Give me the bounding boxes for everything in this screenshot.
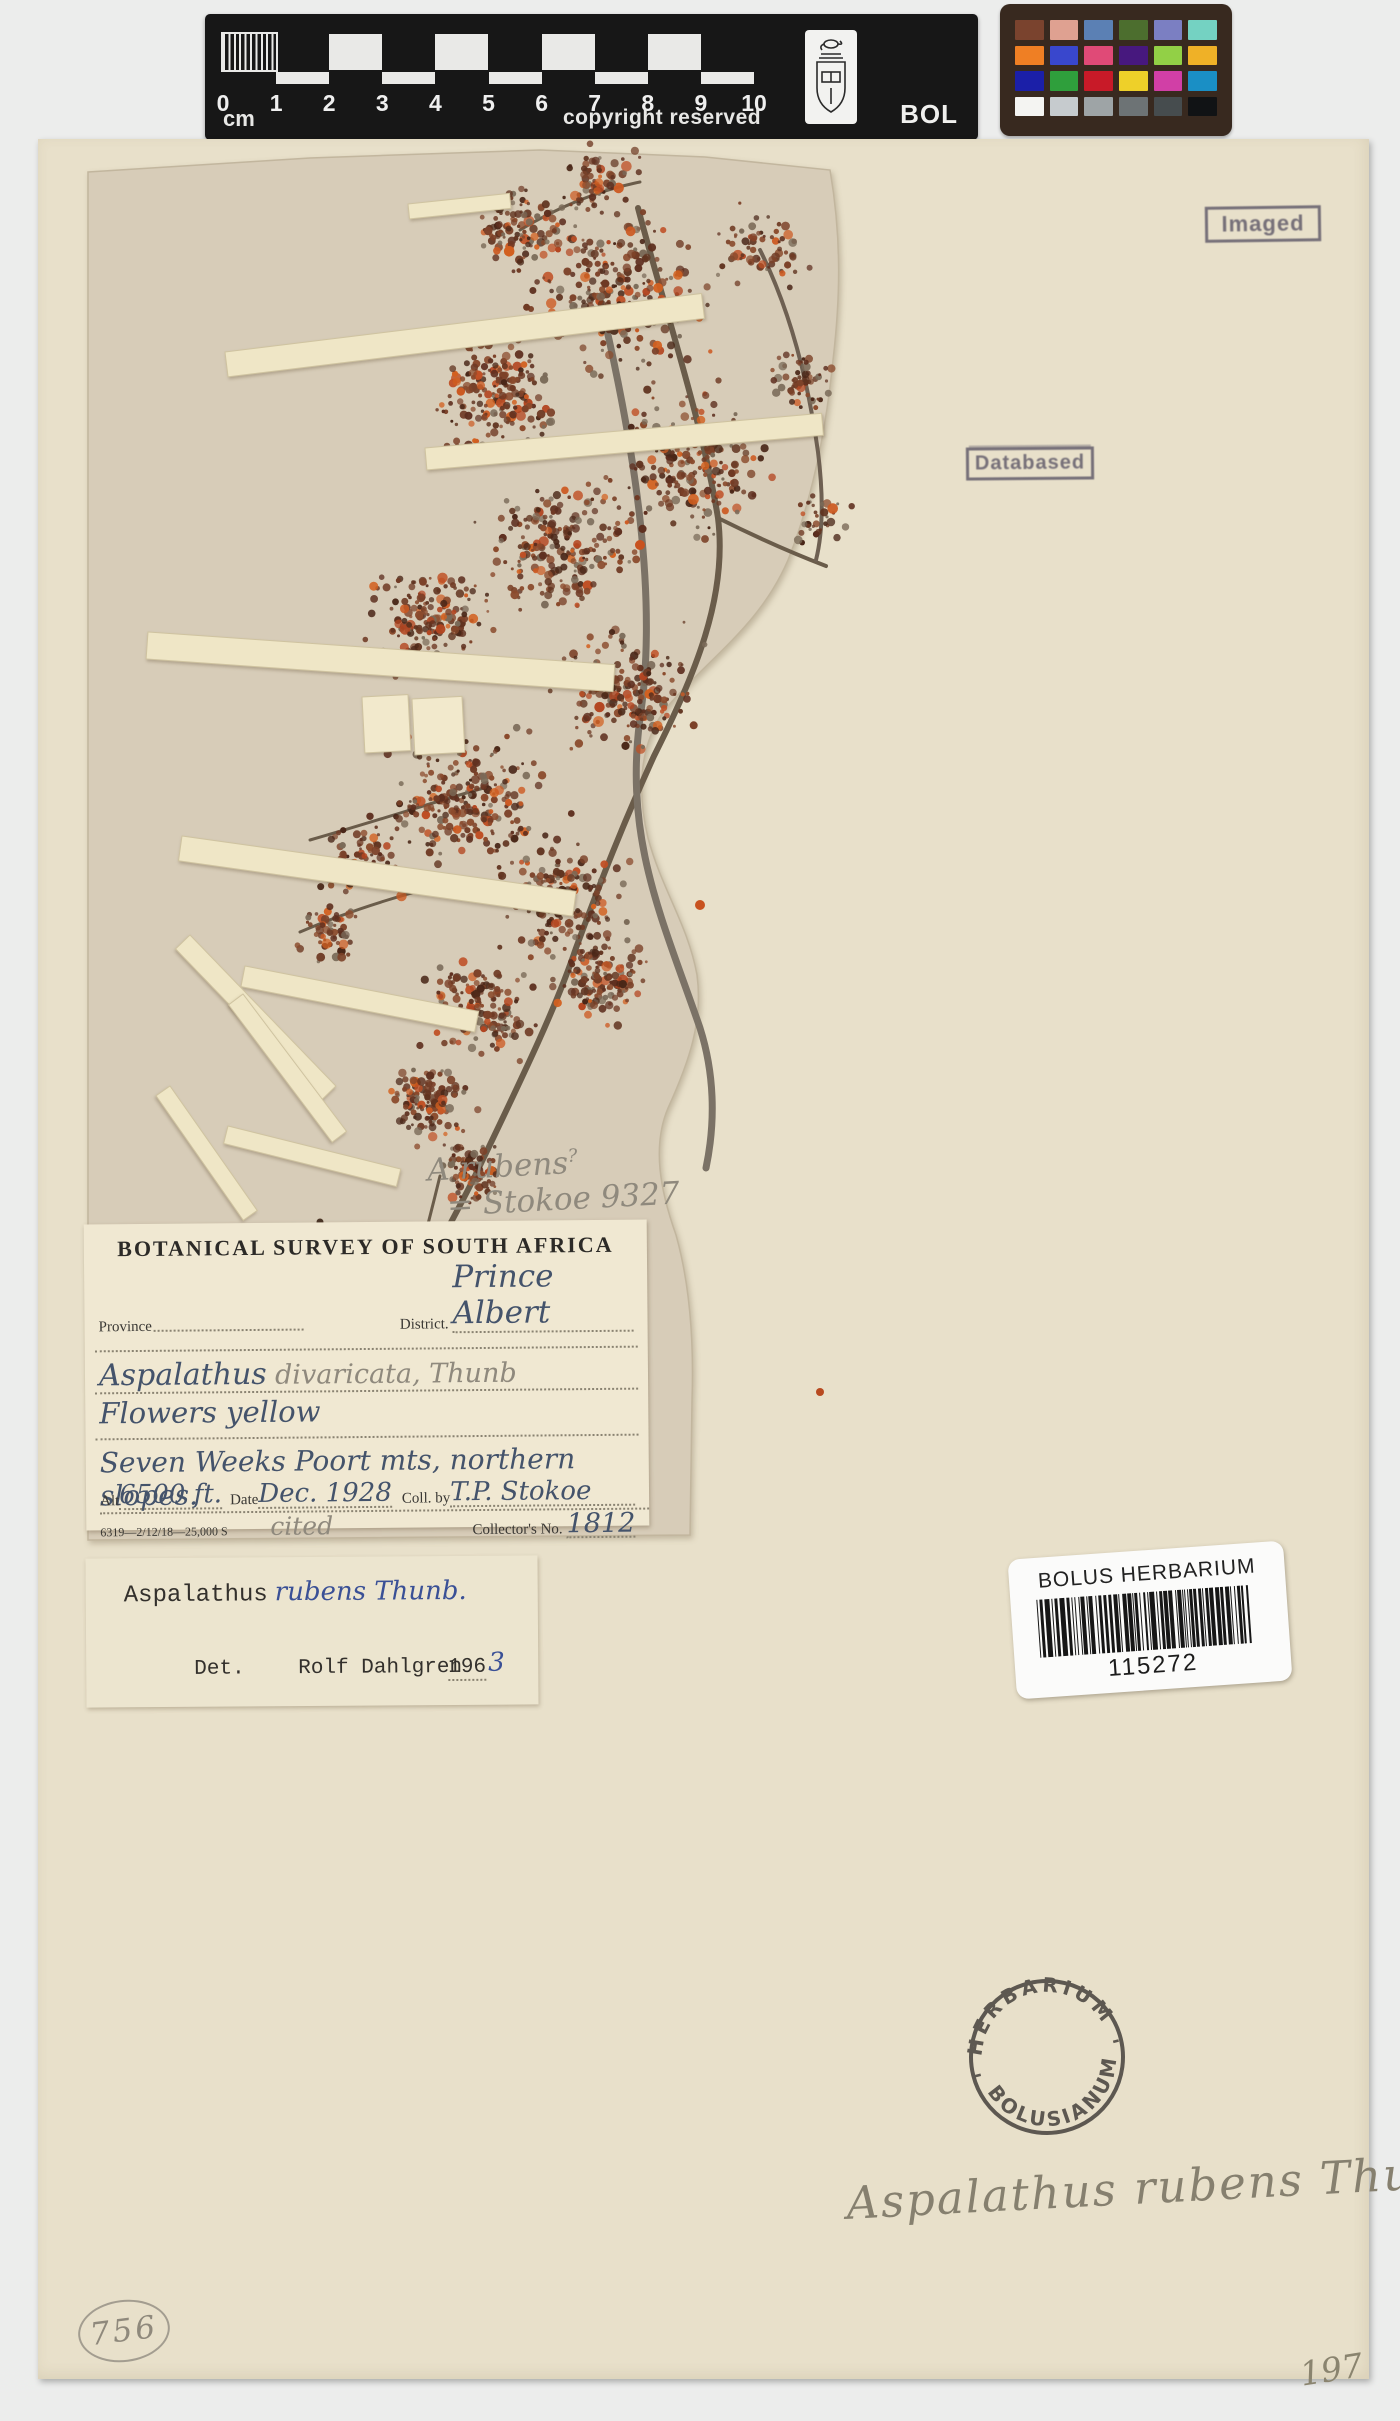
copyright-label: copyright reserved (563, 106, 761, 130)
barcode-label: BOLUS HERBARIUM 115272 (1007, 1541, 1292, 1700)
color-patch (1154, 20, 1183, 40)
coll-label: Coll. by (402, 1490, 450, 1507)
color-patch (1119, 46, 1148, 66)
coll-value: T.P. Stokoe (450, 1478, 635, 1508)
color-patch (1050, 71, 1079, 91)
color-patch (1119, 71, 1148, 91)
collection-label: BOTANICAL SURVEY OF SOUTH AFRICA Provinc… (84, 1220, 650, 1531)
date-value: Dec. 1928 (258, 1480, 392, 1509)
scale-bar-mm-cell (435, 72, 488, 84)
det-prefix: Det. (194, 1657, 245, 1680)
color-calibration-chart (1000, 4, 1232, 136)
color-patch (1154, 97, 1183, 117)
collector-no-value: 1812 (566, 1512, 635, 1539)
color-patch (1119, 20, 1148, 40)
scale-bar-cm-cell (329, 34, 382, 70)
color-patch (1154, 46, 1183, 66)
color-patch (1188, 46, 1217, 66)
flower-note: Flowers yellow (99, 1394, 320, 1430)
scale-bar-mm-cell (648, 72, 701, 84)
province-blank (154, 1329, 304, 1332)
alt-date-coll-row: Alt 6500 ft. Date Dec. 1928 Coll. by T.P… (100, 1478, 635, 1511)
determiner-name: Rolf Dahlgren (298, 1656, 462, 1680)
scale-bar-cm-cell (595, 34, 648, 70)
scale-bar-cm-cell (542, 34, 595, 70)
color-patch (1015, 20, 1044, 40)
province-label: Province (99, 1319, 152, 1336)
scale-bar-mm-cell (701, 72, 754, 84)
color-patch (1015, 97, 1044, 117)
svg-text:-: - (971, 2061, 984, 2087)
det-year: 196 (448, 1656, 486, 1681)
collector-no-label: Collector's No. (472, 1521, 562, 1539)
label-rule (95, 1346, 638, 1353)
scale-bar-mm-cell (382, 72, 435, 84)
cm-label: cm (223, 106, 255, 132)
color-patch (1119, 97, 1148, 117)
scale-bar-cm-cell (382, 34, 435, 70)
corner-number: 197 (1297, 2345, 1365, 2393)
det-genus: Aspalathus (124, 1581, 268, 1609)
scale-bar-mm-cell (276, 72, 329, 84)
herbarium-code-label: BOL (900, 99, 958, 130)
cited-note: cited (270, 1511, 333, 1541)
scale-bar-cm-cell (489, 34, 542, 70)
scale-bar-mm-cell (489, 72, 542, 84)
imaged-stamp: Imaged (1205, 205, 1321, 243)
color-patch (1188, 20, 1217, 40)
scale-bar-cm-cell (276, 34, 329, 70)
scale-bar-cm-cell (701, 34, 754, 70)
determination-label: Aspalathus rubens Thunb. Det. Rolf Dahlg… (85, 1555, 538, 1707)
color-patch (1188, 71, 1217, 91)
scale-bar: 012345678910 cm copyright reserved BOL (205, 14, 978, 140)
databased-stamp: Databased (966, 446, 1094, 480)
color-patch (1188, 97, 1217, 117)
pencil-det-query: ? (567, 1145, 578, 1166)
district-label: District. (400, 1316, 449, 1333)
university-crest-icon (805, 30, 857, 124)
color-patch (1015, 71, 1044, 91)
scale-bar-mm-cell (542, 72, 595, 84)
color-patch (1050, 20, 1079, 40)
label-rule (96, 1434, 639, 1441)
color-patch (1084, 20, 1113, 40)
det-species: rubens Thunb. (275, 1576, 467, 1607)
color-patch (1084, 71, 1113, 91)
color-patch (1050, 97, 1079, 117)
pencil-determination-note: A rubens? = Stokoe 9327 (426, 1139, 680, 1224)
color-patch (1050, 46, 1079, 66)
scale-bar-mm-cell (223, 72, 276, 84)
species-ink: Aspalathus (99, 1357, 267, 1393)
scale-bar-checker (223, 34, 754, 84)
date-label: Date (230, 1492, 258, 1509)
scale-bar-cm-cell (648, 34, 701, 70)
scale-bar-mm-cell (329, 72, 382, 84)
species-line: Aspalathus divaricata, Thunb (99, 1355, 517, 1394)
form-number: 6319—2/12/18—25,000 S (100, 1524, 227, 1540)
scale-bar-mm-cell (595, 72, 648, 84)
alt-value: 6500 ft. (119, 1481, 222, 1510)
color-patch (1154, 71, 1183, 91)
color-patch (1084, 46, 1113, 66)
alt-label: Alt (100, 1493, 119, 1510)
herbarium-sheet-scan: 012345678910 cm copyright reserved BOL (0, 0, 1400, 2421)
district-value: Prince Albert (452, 1258, 634, 1334)
color-patch (1015, 46, 1044, 66)
species-pencil: divaricata, Thunb (275, 1358, 517, 1391)
scale-bar-cm-cell (435, 34, 488, 70)
color-patch (1084, 97, 1113, 117)
det-year-digit: 3 (488, 1648, 505, 1678)
scale-bar-cm-cell (223, 34, 276, 70)
label-bottom-row: 6319—2/12/18—25,000 S cited Collector's … (100, 1512, 635, 1543)
circled-number-value: 756 (88, 2309, 160, 2353)
